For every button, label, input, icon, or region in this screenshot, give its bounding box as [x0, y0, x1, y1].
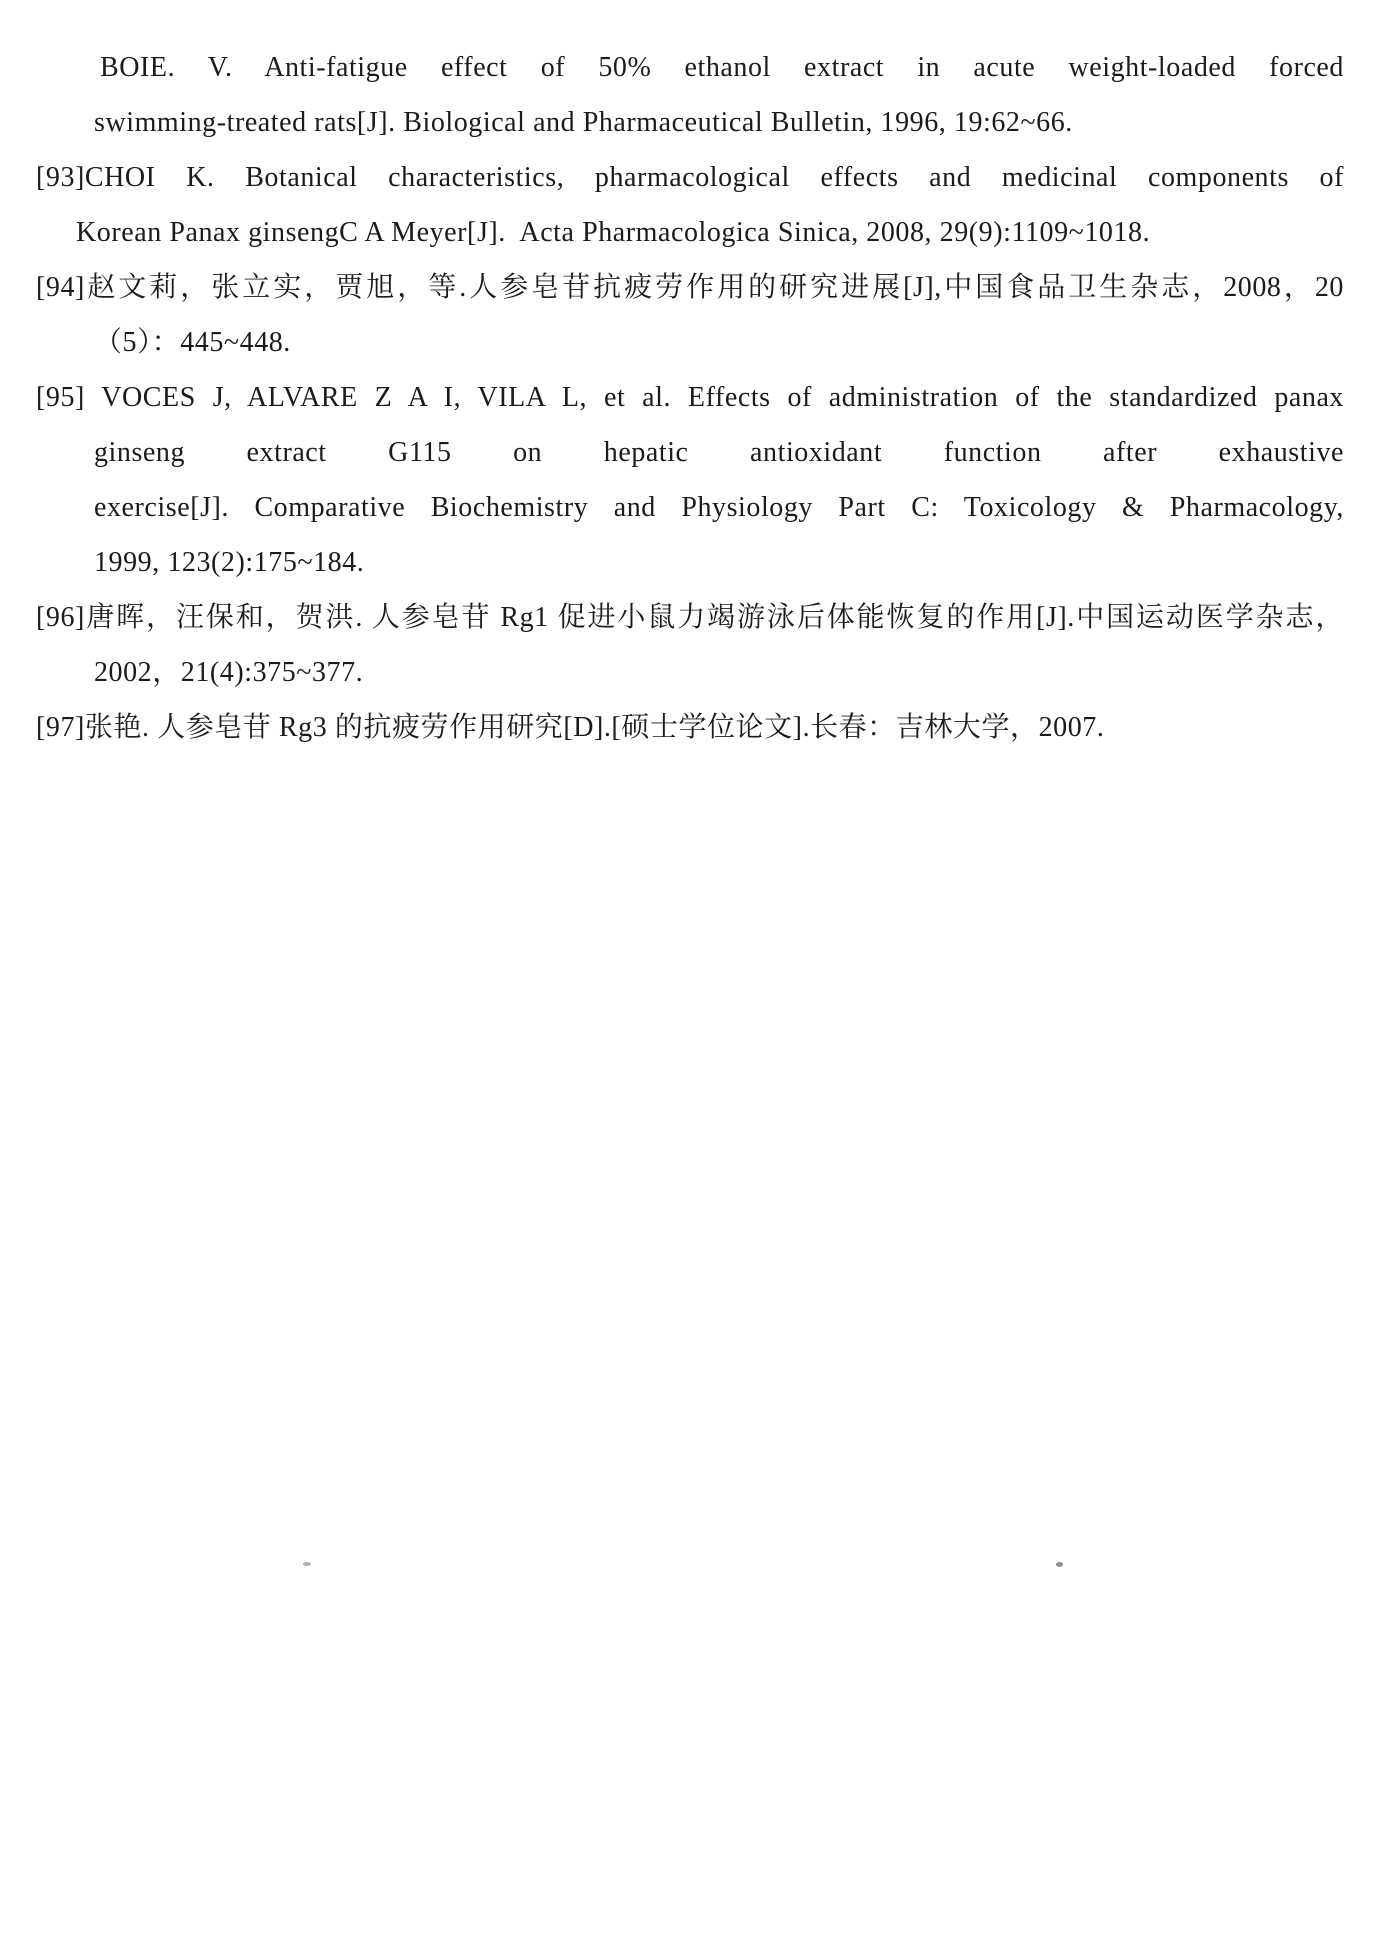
- reference-line: [95] VOCES J, ALVARE Z A I, VILA L, et a…: [36, 370, 1344, 425]
- reference-line: （5）：445~448.: [36, 315, 1344, 370]
- reference-line: [93]CHOI K. Botanical characteristics, p…: [36, 150, 1344, 205]
- reference-line: swimming-treated rats[J]. Biological and…: [36, 95, 1344, 150]
- reference-line: Korean Panax ginsengC A Meyer[J]. Acta P…: [36, 205, 1344, 260]
- reference-line: ginseng extract G115 on hepatic antioxid…: [36, 425, 1344, 480]
- references-text-block: BOIE. V. Anti-fatigue effect of 50% etha…: [36, 40, 1344, 755]
- reference-line: [97]张艳. 人参皂苷 Rg3 的抗疲劳作用研究[D].[硕士学位论文].长春…: [36, 700, 1344, 755]
- reference-line: [96]唐晖，汪保和，贺洪. 人参皂苷 Rg1 促进小鼠力竭游泳后体能恢复的作用…: [36, 590, 1344, 645]
- reference-line: 2002，21(4):375~377.: [36, 645, 1344, 700]
- reference-line: [94]赵文莉，张立实，贾旭，等.人参皂苷抗疲劳作用的研究进展[J],中国食品卫…: [36, 260, 1344, 315]
- reference-line: exercise[J]. Comparative Biochemistry an…: [36, 480, 1344, 535]
- reference-line: 1999, 123(2):175~184.: [36, 535, 1344, 590]
- scan-speck: [303, 1562, 311, 1566]
- scan-speck: [1056, 1562, 1063, 1567]
- reference-line: BOIE. V. Anti-fatigue effect of 50% etha…: [36, 40, 1344, 95]
